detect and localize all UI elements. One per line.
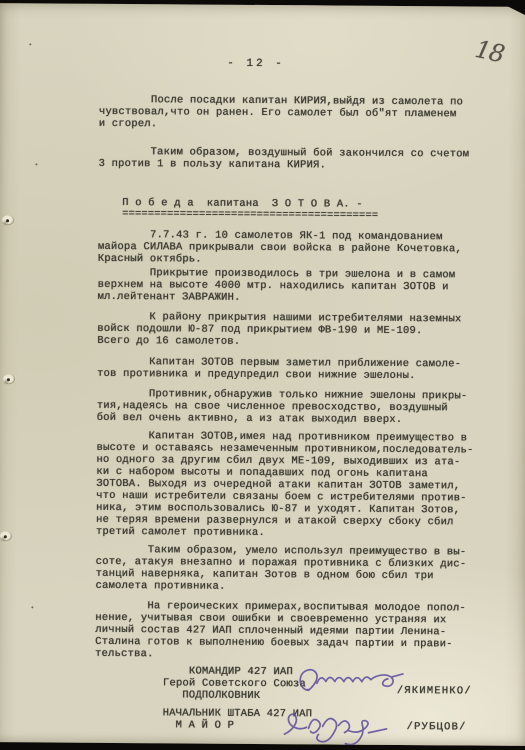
chief-typed-name: /РУБЦОВ/ xyxy=(407,721,467,733)
typed-paragraph: На героических примерах,воспитывая молод… xyxy=(95,600,466,663)
typed-paragraph: Капитан ЗОТОВ первым заметил приближение… xyxy=(97,356,461,383)
paper-speck xyxy=(35,163,37,165)
typed-paragraph: Прикрытие производилось в три эшелона и … xyxy=(97,267,455,305)
typed-paragraph: После посадки капитан КИРИЯ,выйдя из сам… xyxy=(99,94,463,133)
handwritten-page-number: 18 xyxy=(473,35,507,68)
punch-hole xyxy=(2,215,14,225)
commander-title-block: КОМАНДИР 427 ИАП Герой Советского Союза … xyxy=(163,665,306,702)
typed-paragraph: Капитан ЗОТОВ,имея над противником преим… xyxy=(96,430,474,541)
section-heading-underline: ======================================== xyxy=(122,208,378,222)
paper-speck xyxy=(29,43,31,45)
punch-hole xyxy=(3,374,15,384)
page-number: - 12 - xyxy=(227,58,285,70)
document-page: - 12 - 18 После посадки капитан КИРИЯ,вы… xyxy=(0,3,525,746)
commander-typed-name: /ЯКИМЕНКО/ xyxy=(397,685,472,698)
paper-speck xyxy=(31,606,33,608)
typed-paragraph: К району прикрытия нашими истребителями … xyxy=(97,311,461,350)
typed-paragraph: Таким образом, умело использул преимущес… xyxy=(95,544,466,595)
typed-paragraph: Противник,обнаружив только нижние эшелон… xyxy=(97,388,468,427)
punch-hole xyxy=(0,531,12,541)
typed-paragraph: Таким образом, воздушный бой закончился … xyxy=(98,146,469,173)
commander-signature xyxy=(293,663,405,704)
chief-of-staff-signature xyxy=(280,710,400,746)
typed-paragraph: 7.7.43 г. 10 самолетов ЯК-1 под командов… xyxy=(98,229,462,268)
